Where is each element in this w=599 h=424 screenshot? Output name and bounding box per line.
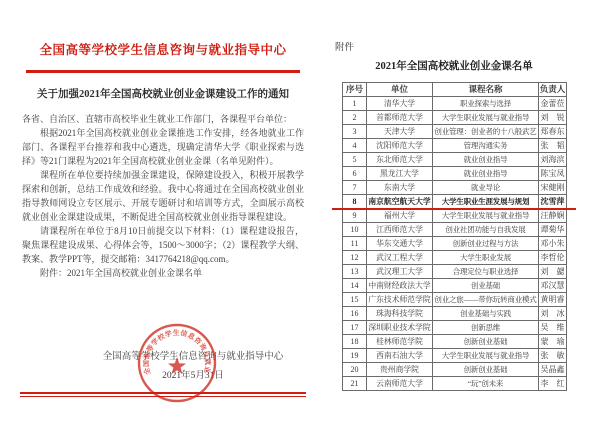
table-cell: 吴晶鑫 (539, 363, 567, 377)
table-cell: 就业创业指导 (433, 167, 539, 181)
footer-divider (20, 392, 306, 397)
course-table-body: 1清华大学职业探索与选择金蕾莅2首都师范大学大学生职业发展与就业指导刘 锐3天津… (343, 97, 567, 391)
table-row: 14中南财经政法大学创业基础邓汉慧 (343, 279, 567, 293)
table-cell: 职业探索与选择 (433, 97, 539, 111)
table-cell: 创业之旅——带你玩转商业模式 (433, 293, 539, 307)
table-cell: 18 (343, 335, 367, 349)
table-row: 8南京航空航天大学大学生职业生涯发展与规划沈雪萍 (343, 195, 567, 209)
table-cell: 南京航空航天大学 (367, 195, 433, 209)
table-row: 17深圳职业技术学院创新思维吴 维 (343, 321, 567, 335)
table-cell: 合理定位与职业选择 (433, 265, 539, 279)
table-cell: 12 (343, 251, 367, 265)
notice-salutation: 各省、自治区、直辖市高校毕业生就业工作部门，各课程平台单位： (22, 112, 304, 126)
table-cell: 17 (343, 321, 367, 335)
table-row: 4沈阳师范大学管理沟通实务张 韬 (343, 139, 567, 153)
column-header-no: 序号 (343, 83, 367, 97)
header-divider (26, 70, 300, 73)
table-cell: 首都师范大学 (367, 111, 433, 125)
table-cell: 大学生职业发展与就业指导 (433, 111, 539, 125)
table-cell: 4 (343, 139, 367, 153)
table-cell: 创新创业基础 (433, 335, 539, 349)
column-header-institution: 单位 (367, 83, 433, 97)
seal-star-icon (168, 357, 186, 374)
table-cell: 20 (343, 363, 367, 377)
table-row: 13武汉理工大学合理定位与职业选择刘 勰 (343, 265, 567, 279)
table-cell: 广东技术师范学院 (367, 293, 433, 307)
table-cell: 创业管理：创业者的十八般武艺 (433, 125, 539, 139)
table-cell: 珠海科技学院 (367, 307, 433, 321)
table-cell: 郑春东 (539, 125, 567, 139)
table-cell: 黑龙江大学 (367, 167, 433, 181)
table-cell: “玩”创未来 (433, 377, 539, 391)
table-cell: 华东交通大学 (367, 237, 433, 251)
table-cell: 天津大学 (367, 125, 433, 139)
attachment-label: 附件 (335, 39, 354, 53)
table-cell: 1 (343, 97, 367, 111)
table-cell: 创新创业过程与方法 (433, 237, 539, 251)
table-cell: 创业基础 (433, 279, 539, 293)
table-cell: 谭菊华 (539, 223, 567, 237)
table-row: 3天津大学创业管理：创业者的十八般武艺郑春东 (343, 125, 567, 139)
org-header: 全国高等学校学生信息咨询与就业指导中心 (20, 40, 306, 58)
table-cell: 李 红 (539, 377, 567, 391)
table-cell: 10 (343, 223, 367, 237)
table-cell: 中南财经政法大学 (367, 279, 433, 293)
highlight-underline (332, 208, 576, 210)
table-cell: 云南师范大学 (367, 377, 433, 391)
course-table: 序号 单位 课程名称 负责人 1清华大学职业探索与选择金蕾莅2首都师范大学大学生… (342, 82, 567, 391)
table-cell: 21 (343, 377, 367, 391)
table-header-row: 序号 单位 课程名称 负责人 (343, 83, 567, 97)
table-cell: 蒙 瑜 (539, 335, 567, 349)
table-cell: 创新创业基础 (433, 363, 539, 377)
table-cell: 桂林师范学院 (367, 335, 433, 349)
notice-body: 各省、自治区、直辖市高校毕业生就业工作部门，各课程平台单位： 根据2021年全国… (20, 112, 306, 280)
table-row: 16珠海科技学院创业基础与实践刘 冰 (343, 307, 567, 321)
table-row: 7东南大学就业导论宋健刚 (343, 181, 567, 195)
table-cell: 福州大学 (367, 209, 433, 223)
table-cell: 8 (343, 195, 367, 209)
table-row: 15广东技术师范学院创业之旅——带你玩转商业模式黄明睿 (343, 293, 567, 307)
table-cell: 汪静娴 (539, 209, 567, 223)
table-cell: 陈宝凤 (539, 167, 567, 181)
column-header-leader: 负责人 (539, 83, 567, 97)
table-row: 20贵州商学院创新创业基础吴晶鑫 (343, 363, 567, 377)
table-cell: 2 (343, 111, 367, 125)
table-cell: 9 (343, 209, 367, 223)
attachment-page: 附件 2021年全国高校就业创业金课名单 序号 单位 课程名称 负责人 1清华大… (315, 30, 590, 415)
table-cell: 大学生职业生涯发展与规划 (433, 195, 539, 209)
table-row: 9福州大学大学生职业发展与就业指导汪静娴 (343, 209, 567, 223)
column-header-course: 课程名称 (433, 83, 539, 97)
table-row: 11华东交通大学创新创业过程与方法邓小朱 (343, 237, 567, 251)
table-cell: 邓小朱 (539, 237, 567, 251)
table-row: 21云南师范大学“玩”创未来李 红 (343, 377, 567, 391)
table-cell: 邓汉慧 (539, 279, 567, 293)
table-cell: 14 (343, 279, 367, 293)
table-row: 5东北师范大学就业创业指导刘海滨 (343, 153, 567, 167)
table-cell: 13 (343, 265, 367, 279)
table-cell: 就业导论 (433, 181, 539, 195)
table-cell: 19 (343, 349, 367, 363)
table-cell: 江西师范大学 (367, 223, 433, 237)
notice-page: 全国高等学校学生信息咨询与就业指导中心 关于加强2021年全国高校就业创业金课建… (20, 28, 306, 410)
table-cell: 东南大学 (367, 181, 433, 195)
table-row: 2首都师范大学大学生职业发展与就业指导刘 锐 (343, 111, 567, 125)
table-cell: 李哲伦 (539, 251, 567, 265)
table-cell: 张 韬 (539, 139, 567, 153)
table-cell: 沈雪萍 (539, 195, 567, 209)
table-cell: 3 (343, 125, 367, 139)
table-cell: 16 (343, 307, 367, 321)
table-row: 10江西师范大学创业社团功能与自我发展谭菊华 (343, 223, 567, 237)
table-cell: 贵州商学院 (367, 363, 433, 377)
table-row: 6黑龙江大学就业创业指导陈宝凤 (343, 167, 567, 181)
table-cell: 刘 勰 (539, 265, 567, 279)
table-cell: 就业创业指导 (433, 153, 539, 167)
table-cell: 创业基础与实践 (433, 307, 539, 321)
table-cell: 沈阳师范大学 (367, 139, 433, 153)
table-cell: 清华大学 (367, 97, 433, 111)
notice-paragraph: 课程所在单位要持续加强金课建设，保障建设投入，积极开展教学探索和创新，总结工作成… (22, 168, 304, 224)
table-cell: 东北师范大学 (367, 153, 433, 167)
table-cell: 武汉理工大学 (367, 265, 433, 279)
table-row: 18桂林师范学院创新创业基础蒙 瑜 (343, 335, 567, 349)
table-cell: 大学生职业发展与就业指导 (433, 209, 539, 223)
table-cell: 创新思维 (433, 321, 539, 335)
table-row: 1清华大学职业探索与选择金蕾莅 (343, 97, 567, 111)
table-cell: 11 (343, 237, 367, 251)
notice-paragraph: 请课程所在单位于8月10日前提交以下材料：（1）课程建设报告，聚焦课程建设成果、… (22, 224, 304, 266)
table-cell: 6 (343, 167, 367, 181)
table-cell: 刘 冰 (539, 307, 567, 321)
table-cell: 西南石油大学 (367, 349, 433, 363)
table-cell: 深圳职业技术学院 (367, 321, 433, 335)
table-cell: 金蕾莅 (539, 97, 567, 111)
table-cell: 刘海滨 (539, 153, 567, 167)
table-row: 12武汉工程大学大学生职业发展李哲伦 (343, 251, 567, 265)
notice-paragraph: 根据2021年全国高校就业创业金课推选工作安排，经各地就业工作部门、各课程平台推… (22, 126, 304, 168)
table-cell: 张 敏 (539, 349, 567, 363)
table-cell: 宋健刚 (539, 181, 567, 195)
attachment-reference-line: 附件：2021年全国高校就业创业金课名单 (22, 266, 304, 280)
table-cell: 武汉工程大学 (367, 251, 433, 265)
table-cell: 管理沟通实务 (433, 139, 539, 153)
table-cell: 15 (343, 293, 367, 307)
table-cell: 刘 锐 (539, 111, 567, 125)
table-cell: 大学生职业发展与就业指导 (433, 349, 539, 363)
document-scan: 全国高等学校学生信息咨询与就业指导中心 关于加强2021年全国高校就业创业金课建… (0, 0, 599, 424)
notice-title: 关于加强2021年全国高校就业创业金课建设工作的通知 (20, 86, 306, 101)
table-cell: 7 (343, 181, 367, 195)
table-cell: 黄明睿 (539, 293, 567, 307)
table-cell: 大学生职业发展 (433, 251, 539, 265)
table-cell: 5 (343, 153, 367, 167)
table-cell: 创业社团功能与自我发展 (433, 223, 539, 237)
attachment-title: 2021年全国高校就业创业金课名单 (342, 58, 566, 73)
table-row: 19西南石油大学大学生职业发展与就业指导张 敏 (343, 349, 567, 363)
table-cell: 吴 维 (539, 321, 567, 335)
